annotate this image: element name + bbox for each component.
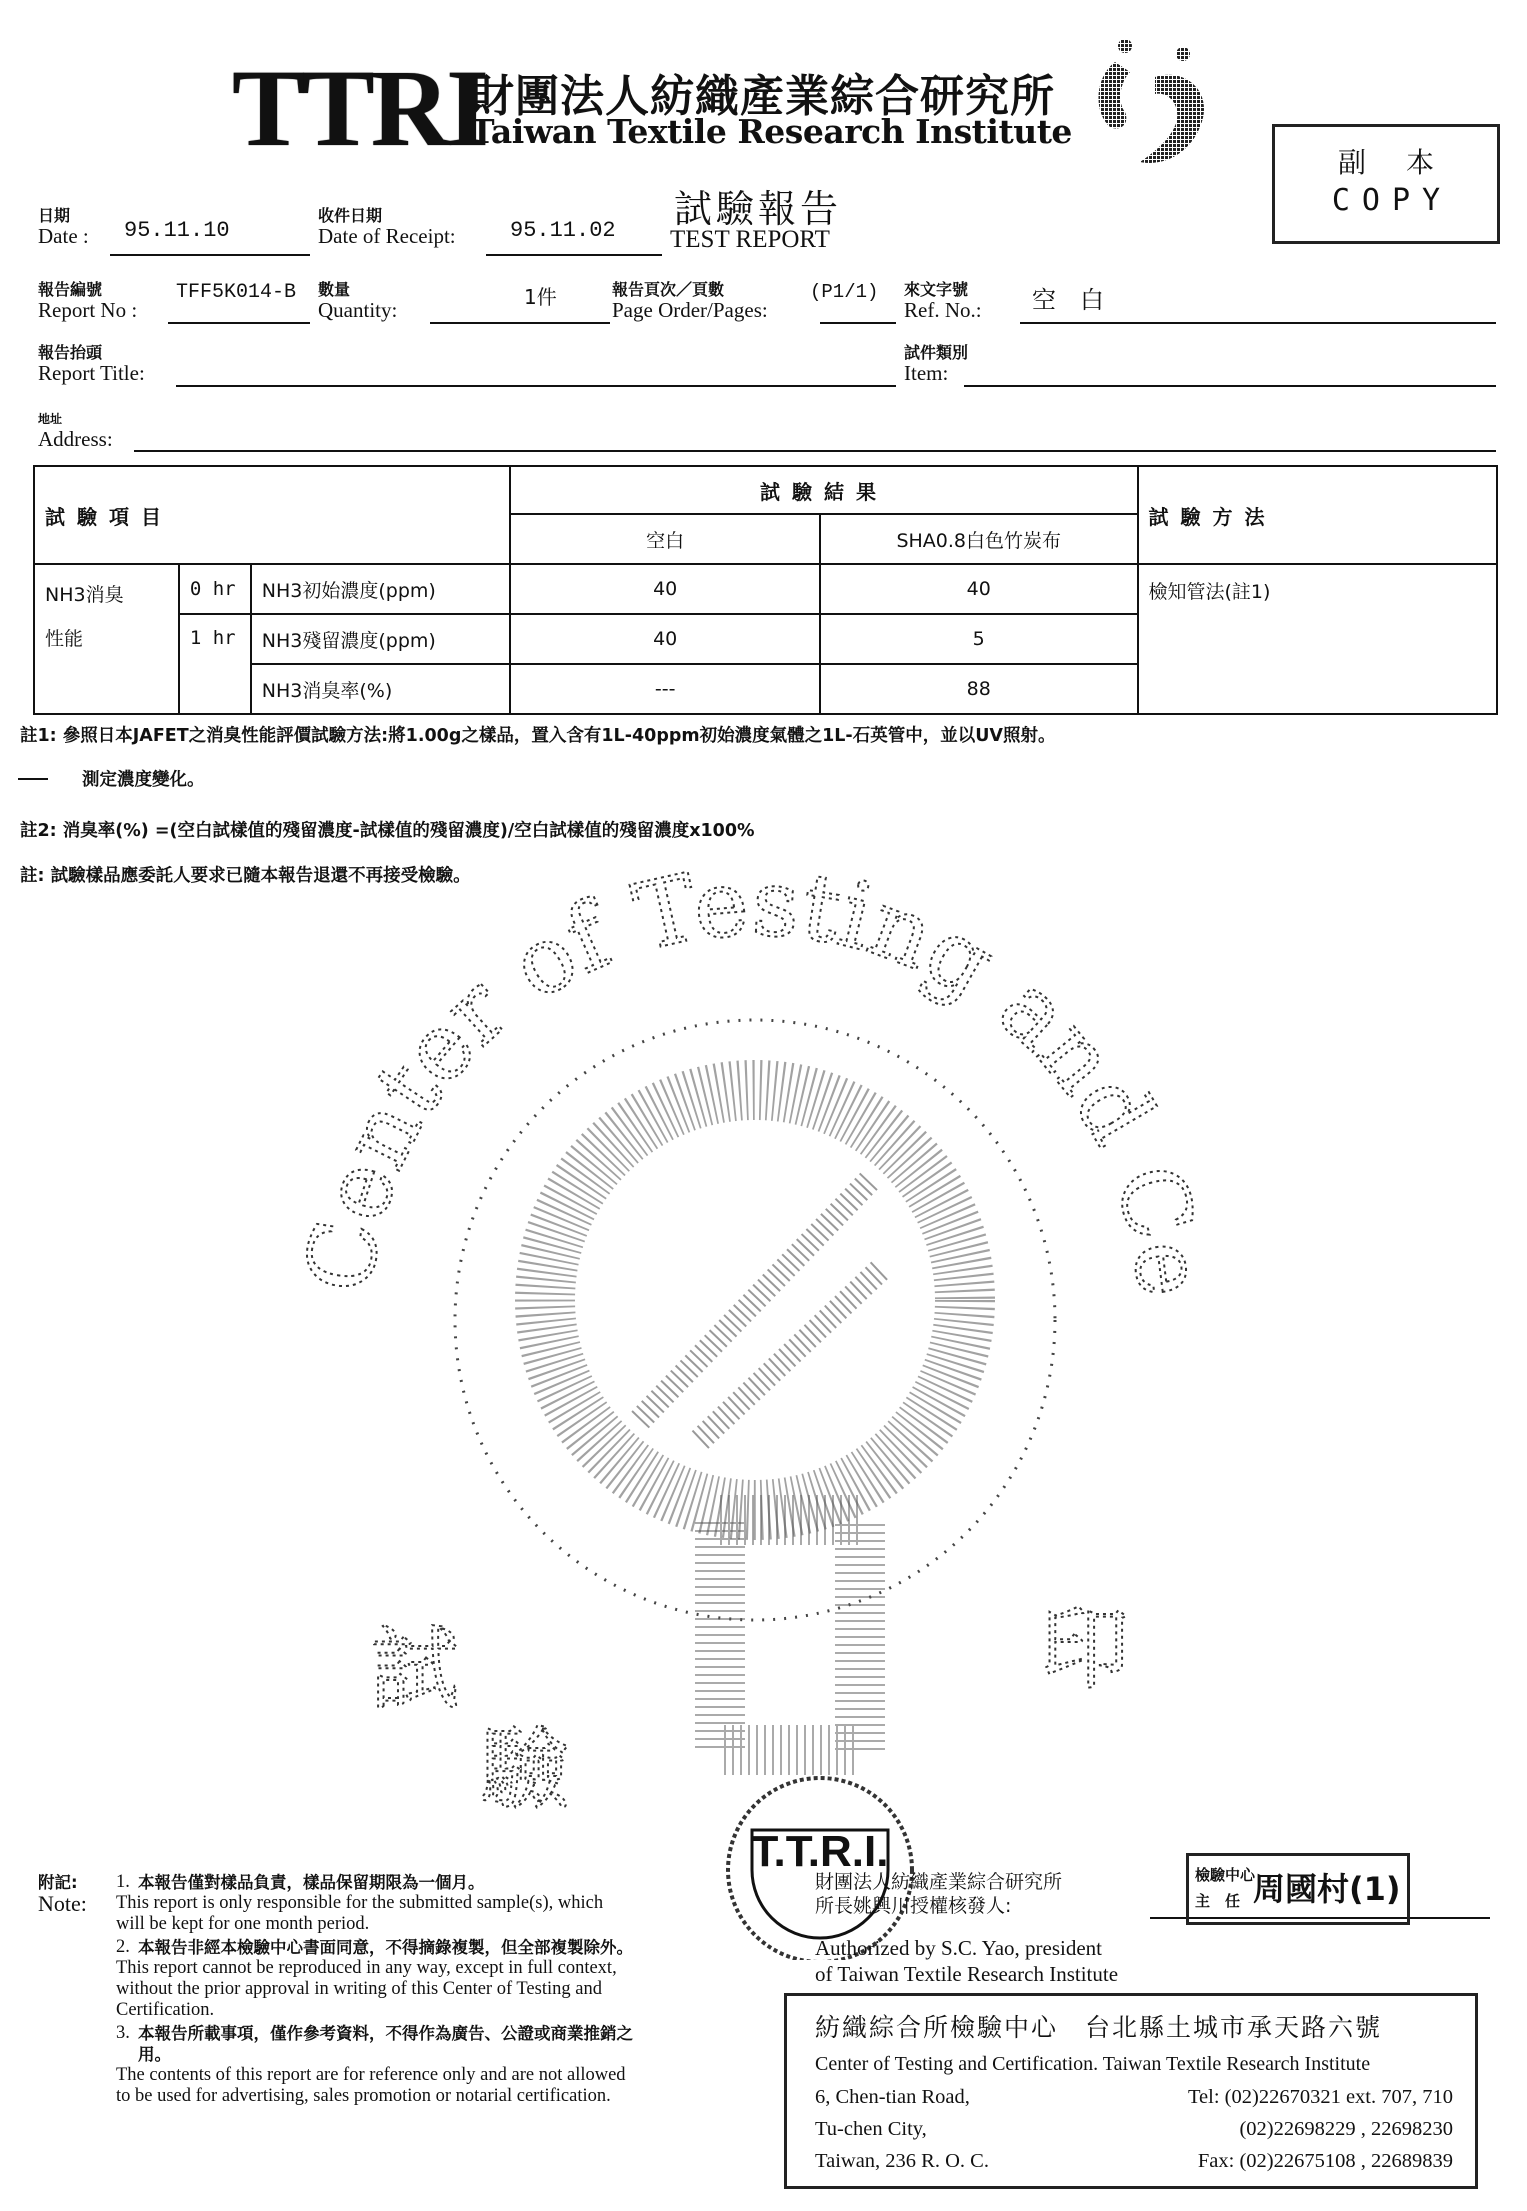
address-line-2: Tu-chen City,: [815, 2118, 927, 2141]
footnote-1-en: This report is only responsible for the …: [116, 1893, 636, 1935]
address-line-3: Taiwan, 236 R. O. C.: [815, 2150, 989, 2173]
address-line-1: 6, Chen-tian Road,: [815, 2086, 970, 2109]
dash-divider: [18, 778, 48, 780]
fax-line: Fax: (02)22675108 , 22689839: [1198, 2150, 1453, 2173]
ref-no-value: 空 白: [1032, 280, 1104, 315]
receipt-date-label-cn: 收件日期: [318, 207, 456, 225]
page-order-label-cn: 報告頁次／頁數: [612, 281, 768, 299]
note-3: 註: 試驗樣品應委託人要求已隨本報告退還不再接受檢驗。: [20, 862, 471, 887]
copy-stamp-en: COPY: [1275, 183, 1497, 218]
copy-stamp-cn: 副本: [1275, 141, 1497, 181]
footnote-prefix-en: Note:: [38, 1893, 116, 1935]
item-cell: NH3殘留濃度(ppm): [251, 614, 511, 664]
report-no-label-en: Report No :: [38, 299, 137, 321]
signature-auth-en-1: Authorized by S.C. Yao, president: [815, 1935, 1118, 1961]
report-no-label-cn: 報告編號: [38, 281, 137, 299]
note-2: 註2: 消臭率(%) =(空白試樣值的殘留濃度-試樣值的殘留濃度)/空白試樣值的…: [20, 817, 755, 842]
item-cell: NH3初始濃度(ppm): [251, 564, 511, 614]
report-title-label-en: Report Title:: [38, 362, 145, 384]
signature-auth-en-2: of Taiwan Textile Research Institute: [815, 1961, 1118, 1987]
receipt-date-label-en: Date of Receipt:: [318, 225, 456, 247]
subheader-blank: 空白: [510, 514, 820, 564]
stamp-char-1: 試: [370, 1617, 460, 1722]
address-box: 紡織綜合所檢驗中心 台北縣土城市承天路六號 Center of Testing …: [784, 1993, 1478, 2189]
footnotes: 附記: 1. 本報告僅對樣品負責，樣品保留期限為一個月。 Note: This …: [38, 1872, 658, 2107]
header-test-method: 試驗方法: [1138, 466, 1497, 564]
note-1-continued: 測定濃度變化。: [82, 766, 205, 791]
report-title-field: 報告抬頭 Report Title:: [38, 344, 145, 384]
address-org-en: Center of Testing and Certification. Tai…: [815, 2053, 1370, 2076]
report-no-field: 報告編號 Report No :: [38, 281, 137, 321]
item-field: 試件類別 Item:: [904, 344, 968, 384]
footnote-num: 3.: [116, 2023, 138, 2065]
authorization-block: 財團法人紡織產業綜合研究所 所長姚興川授權核發人:: [815, 1870, 1062, 1918]
test-results-table: 試驗項目 試驗結果 試驗方法 空白 SHA0.8白色竹炭布 NH3消臭 性能 0…: [33, 465, 1498, 715]
item-label-en: Item:: [904, 362, 968, 384]
stamp-char-3: 印: [1040, 1597, 1130, 1702]
report-title-en: TEST REPORT: [670, 226, 830, 254]
group-label-line2: 性能: [45, 617, 168, 661]
seal-title-2: 主 任: [1195, 1888, 1255, 1914]
table-row: NH3消臭 性能 0 hr NH3初始濃度(ppm) 40 40 檢知管法(註1…: [34, 564, 1497, 614]
tel-line-2: (02)22698229 , 22698230: [1239, 2118, 1453, 2141]
item-label-cn: 試件類別: [904, 344, 968, 362]
footnote-3-en: The contents of this report are for refe…: [116, 2065, 636, 2107]
footnote-3-cn: 本報告所載事項，僅作參考資料，不得作為廣告、公證或商業推銷之用。: [138, 2023, 638, 2065]
sample-value-cell: 5: [820, 614, 1138, 664]
address-label-en: Address:: [38, 428, 113, 450]
method-cell: 檢知管法(註1): [1138, 564, 1497, 714]
address-label-cn: 地址: [38, 410, 113, 428]
ref-no-field: 來文字號 Ref. No.:: [904, 281, 982, 321]
footnote-prefix-cn: 附記:: [38, 1872, 116, 1893]
note-1: 註1: 參照日本JAFET之消臭性能評價試驗方法:將1.00g之樣品，置入含有1…: [20, 722, 1055, 747]
sample-value-cell: 88: [820, 664, 1138, 714]
receipt-date-value: 95.11.02: [510, 218, 616, 243]
footnote-2-en: This report cannot be reproduced in any …: [116, 1958, 636, 2021]
tel-line-1: Tel: (02)22670321 ext. 707, 710: [1188, 2086, 1453, 2109]
item-cell: NH3消臭率(%): [251, 664, 511, 714]
sample-value-cell: 40: [820, 564, 1138, 614]
quantity-field: 數量 Quantity:: [318, 281, 397, 321]
address-field: 地址 Address:: [38, 410, 113, 450]
quantity-label-cn: 數量: [318, 281, 397, 299]
report-title-label-cn: 報告抬頭: [38, 344, 145, 362]
stamp-char-2: 驗: [478, 1717, 571, 1822]
ttri-round-seal: T.T.R.I.: [700, 1760, 940, 1960]
page-order-value: (P1/1): [810, 281, 878, 303]
blank-value-cell: 40: [510, 564, 820, 614]
page-order-field: 報告頁次／頁數 Page Order/Pages:: [612, 281, 768, 321]
director-seal: 檢驗中心 主 任 周國村(1): [1186, 1853, 1410, 1925]
time-cell: 0 hr: [179, 564, 251, 614]
ref-no-label-en: Ref. No.:: [904, 299, 982, 321]
authorization-en: Authorized by S.C. Yao, president of Tai…: [815, 1935, 1118, 1987]
org-name-en: Taiwan Textile Research Institute: [470, 112, 1072, 151]
quantity-value: 1件: [524, 281, 557, 310]
ttri-logo: TTRI: [232, 58, 485, 158]
date-label-en: Date :: [38, 225, 89, 247]
page-order-label-en: Page Order/Pages:: [612, 299, 768, 321]
ref-no-label-cn: 來文字號: [904, 281, 982, 299]
footnote-2-cn: 本報告非經本檢驗中心書面同意，不得摘錄複製，但全部複製除外。: [138, 1937, 638, 1958]
blank-value-cell: 40: [510, 614, 820, 664]
ttri-emblem-icon: [1085, 32, 1215, 172]
blank-value-cell: ---: [510, 664, 820, 714]
copy-stamp: 副本 COPY: [1272, 124, 1500, 244]
footnote-num: 2.: [116, 1937, 138, 1958]
date-value: 95.11.10: [124, 218, 230, 243]
table-header-row: 試驗項目 試驗結果 試驗方法: [34, 466, 1497, 514]
receipt-date-field: 收件日期 Date of Receipt:: [318, 207, 456, 247]
subheader-sample: SHA0.8白色竹炭布: [820, 514, 1138, 564]
quantity-label-en: Quantity:: [318, 299, 397, 321]
date-field: 日期 Date :: [38, 207, 89, 247]
date-label-cn: 日期: [38, 207, 89, 225]
signature-auth-cn: 所長姚興川授權核發人:: [815, 1894, 1062, 1918]
address-cn: 紡織綜合所檢驗中心 台北縣土城市承天路六號: [815, 2008, 1382, 2044]
header-test-results: 試驗結果: [510, 466, 1137, 514]
seal-name: 周國村(1): [1253, 1864, 1401, 1910]
certification-stamp-watermark: Center of Testing and Certification 試 驗 …: [280, 800, 1230, 1900]
report-no-value: TFF5K014-B: [176, 281, 296, 304]
time-cell: 1 hr: [179, 614, 251, 714]
group-label-line1: NH3消臭: [45, 573, 168, 617]
signature-org-cn: 財團法人紡織產業綜合研究所: [815, 1870, 1062, 1894]
footnote-1-cn: 本報告僅對樣品負責，樣品保留期限為一個月。: [138, 1872, 485, 1893]
report-title-cn: 試驗報告: [674, 178, 842, 233]
footnote-num: 1.: [116, 1872, 138, 1893]
header-test-item: 試驗項目: [34, 466, 510, 564]
seal-text: T.T.R.I.: [752, 1827, 889, 1876]
seal-title-1: 檢驗中心: [1195, 1862, 1255, 1888]
group-label: NH3消臭 性能: [34, 564, 179, 714]
